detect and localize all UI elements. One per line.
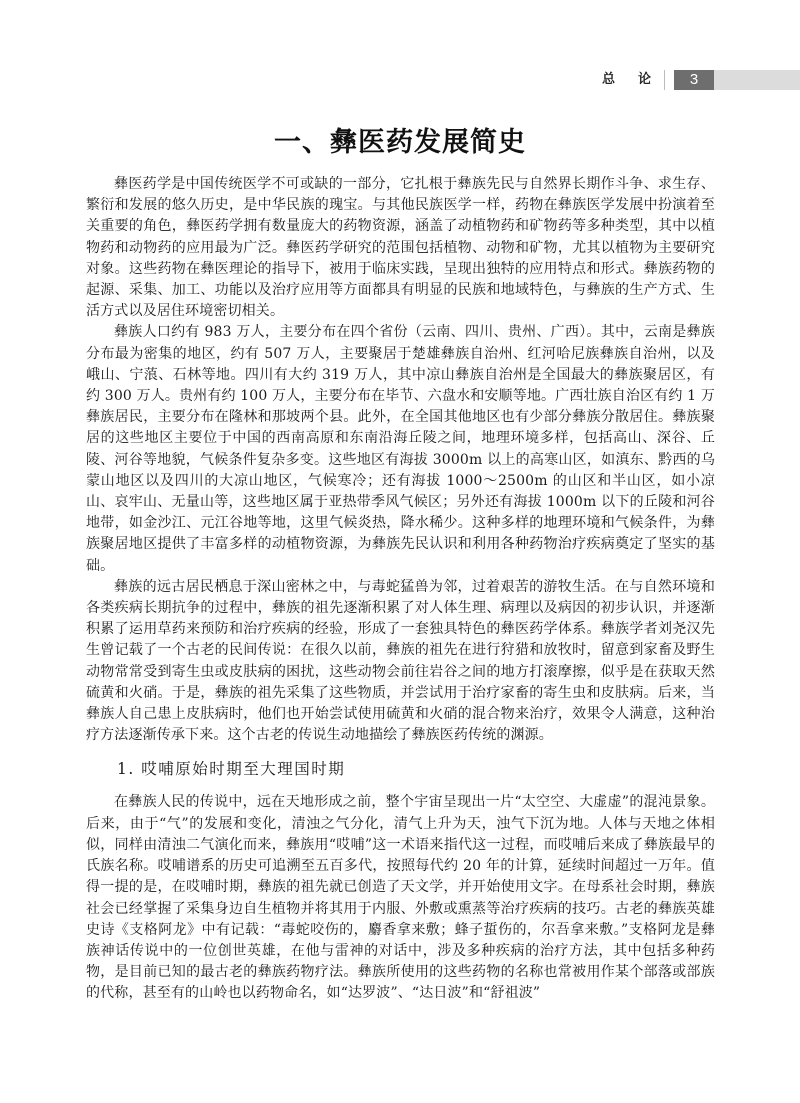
paragraph: 在彝族人民的传说中，远在天地形成之前，整个宇宙呈现出一片“太空空、大虚虚”的混沌…: [86, 792, 715, 1004]
header-decorative-bar: [714, 70, 800, 90]
paragraph: 彝医药学是中国传统医学不可或缺的一部分，它扎根于彝族先民与自然界长期作斗争、求生…: [86, 174, 715, 322]
running-header-section-char-2: 论: [638, 70, 651, 90]
body-text: 彝医药学是中国传统医学不可或缺的一部分，它扎根于彝族先民与自然界长期作斗争、求生…: [86, 174, 715, 1005]
running-header-section-char-1: 总: [602, 70, 615, 90]
running-header: 总 论 3: [0, 70, 800, 90]
page-number: 3: [674, 70, 714, 90]
paragraph: 彝族人口约有 983 万人，主要分布在四个省份（云南、四川、贵州、广西）。其中，…: [86, 322, 715, 576]
paragraph: 彝族的远古居民栖息于深山密林之中，与毒蛇猛兽为邻，过着艰苦的游牧生活。在与自然环…: [86, 577, 715, 747]
section-heading: 1. 哎哺原始时期至大理国时期: [86, 758, 715, 780]
header-divider: [664, 70, 665, 90]
chapter-title: 一、彝医药发展简史: [0, 120, 800, 159]
